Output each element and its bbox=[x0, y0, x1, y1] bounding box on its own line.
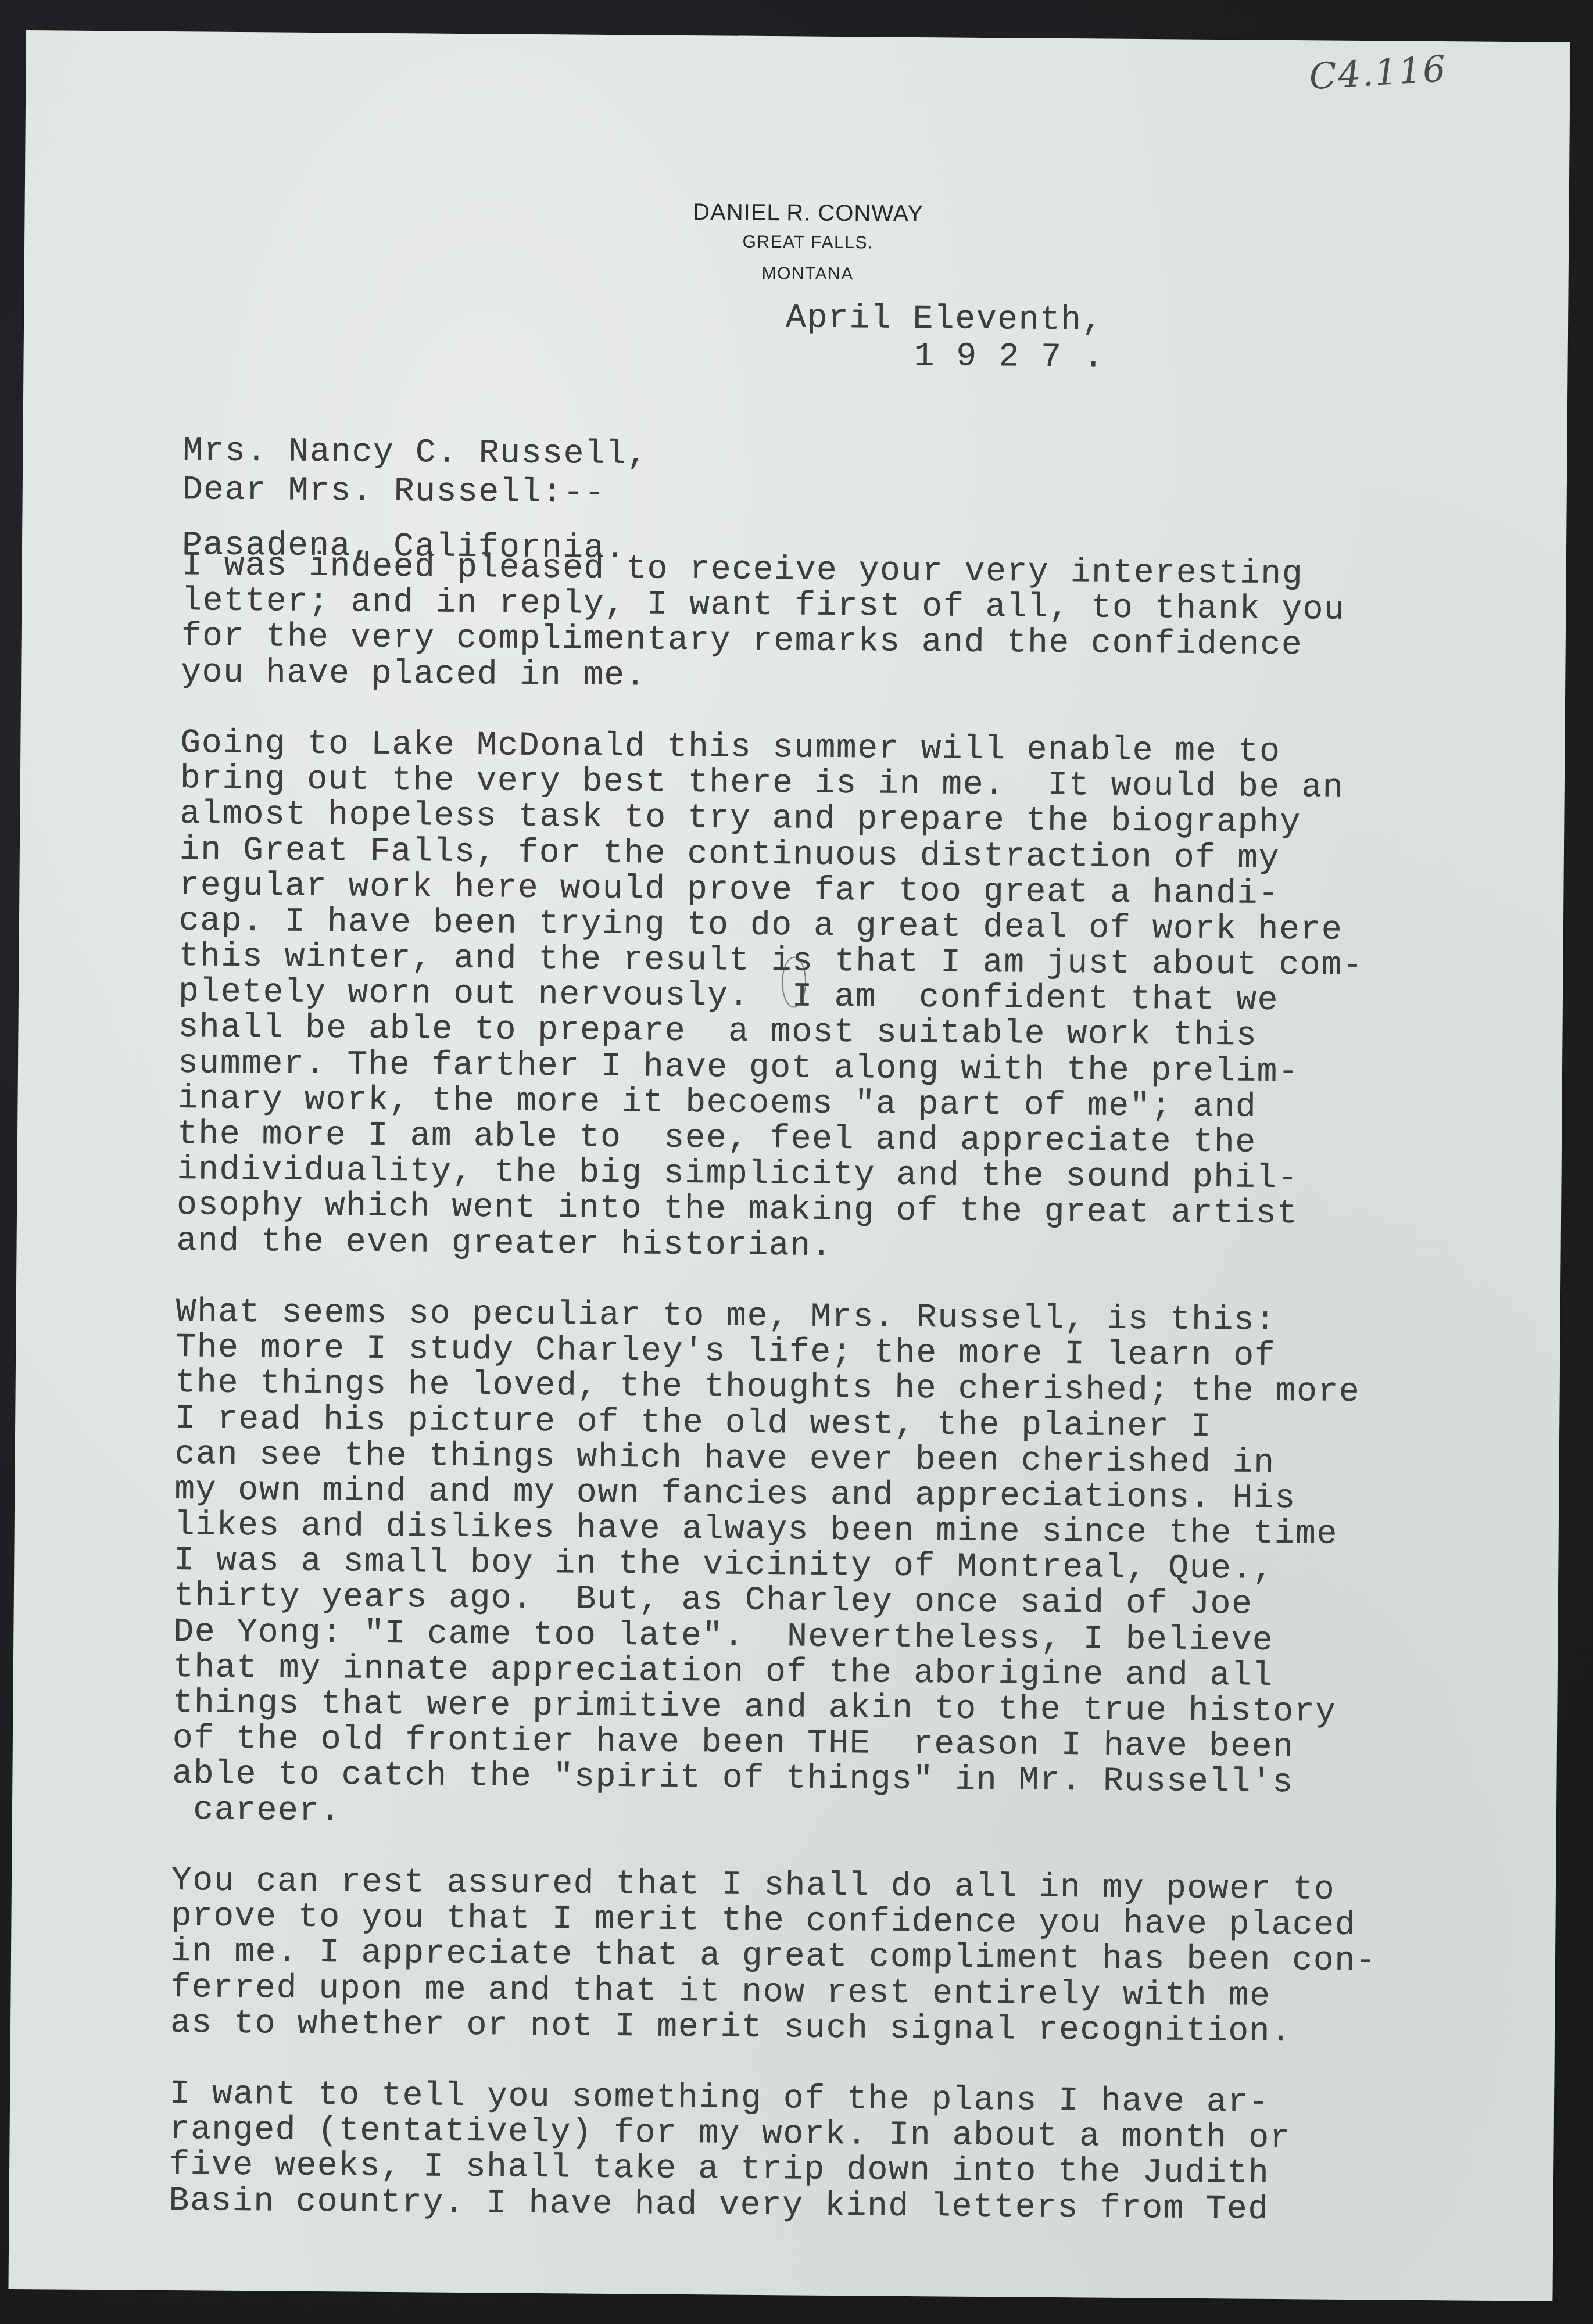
letterhead-name: DANIEL R. CONWAY bbox=[668, 199, 947, 228]
letter-page: C4.116 DANIEL R. CONWAY GREAT FALLS. MON… bbox=[8, 30, 1570, 2301]
letter-body: I was indeed pleased to receive your ver… bbox=[169, 548, 1388, 2228]
recipient-name: Mrs. Nancy C. Russell, bbox=[182, 436, 648, 471]
letterhead-state: MONTANA bbox=[668, 263, 947, 285]
paragraph: I want to tell you something of the plan… bbox=[169, 2076, 1376, 2228]
archive-catalog-note: C4.116 bbox=[1308, 47, 1448, 98]
paragraph: I was indeed pleased to receive your ver… bbox=[181, 548, 1388, 700]
date-year: 1 9 2 7 . bbox=[914, 339, 1104, 376]
typed-line: Basin country. I have had very kind lett… bbox=[169, 2183, 1375, 2228]
paragraph: You can rest assured that I shall do all… bbox=[170, 1863, 1377, 2050]
letterhead-city: GREAT FALLS. bbox=[668, 232, 947, 254]
paragraph: Going to Lake McDonald this summer will … bbox=[176, 726, 1386, 1268]
paragraph: What seems so peculiar to me, Mrs. Russe… bbox=[172, 1294, 1382, 1837]
salutation: Dear Mrs. Russell:-- bbox=[182, 472, 606, 511]
date-line: April Eleventh, bbox=[786, 300, 1104, 338]
